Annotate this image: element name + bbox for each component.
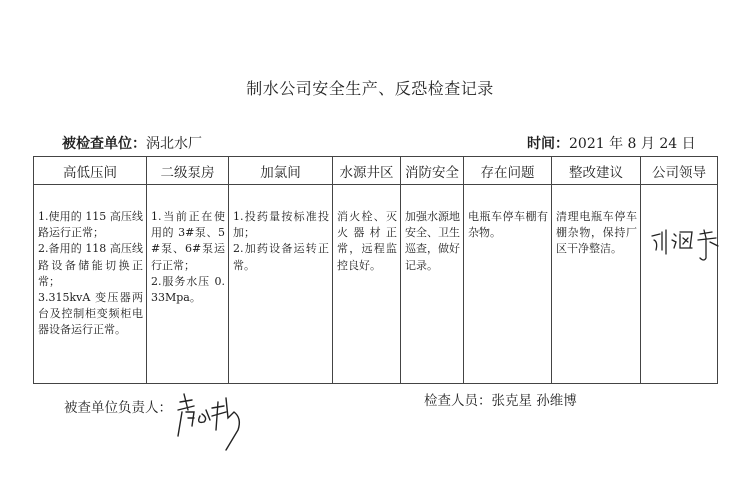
date-value: 2021 年 8 月 24 日 [569,136,696,152]
header-leader: 公司领导 [641,157,718,185]
leader-signature-icon [648,228,728,268]
cell-well-area: 消火栓、灭火器材正常，远程监控良好。 [333,185,401,384]
responsible-label: 被查单位负责人： [64,400,172,416]
cell-secondary-pump: 1.当前正在使用的 3#泵、5#泵、6#泵运行正常； 2.服务水压 0.33Mp… [147,185,229,384]
cell-line: 清理电瓶车停车棚杂物，保持厂区干净整洁。 [556,209,637,258]
inspectors-label: 检查人员： [424,393,492,409]
cell-line: 加强水源地安全、卫生巡查，做好记录。 [405,209,460,274]
cell-line: 2.服务水压 0.33Mpa。 [151,274,225,306]
cell-line: 1.当前正在使用的 3#泵、5#泵、6#泵运行正常； [151,209,225,274]
cell-line: 1.使用的 115 高压线路运行正常； [38,209,143,241]
cell-line: 消火栓、灭火器材正常，远程监控良好。 [337,209,397,274]
document-title: 制水公司安全生产、反恐检查记录 [0,76,740,99]
cell-line: 2.加药设备运转正常。 [233,241,329,273]
header-fire-safety: 消防安全 [401,157,464,185]
header-secondary-pump: 二级泵房 [147,157,229,185]
header-suggestions: 整改建议 [552,157,641,185]
cell-leader-signature [641,185,718,384]
cell-line: 电瓶车停车棚有杂物。 [468,209,548,241]
cell-chlorination: 1.投药量按标准投加； 2.加药设备运转正常。 [229,185,333,384]
inspection-date: 时间：2021 年 8 月 24 日 [527,133,696,153]
cell-fire-safety: 加强水源地安全、卫生巡查，做好记录。 [401,185,464,384]
cell-line: 3.315kvA 变压器两台及控制柜变频柜电器设备运行正常。 [38,290,143,339]
header-chlorination: 加氯间 [229,157,333,185]
table-row: 1.使用的 115 高压线路运行正常； 2.备用的 118 高压线路设备储能切换… [34,185,718,384]
header-issues: 存在问题 [464,157,552,185]
header-high-low-voltage: 高低压间 [34,157,147,185]
inspection-table: 高低压间 二级泵房 加氯间 水源井区 消防安全 存在问题 整改建议 公司领导 1… [33,156,718,384]
cell-high-low-voltage: 1.使用的 115 高压线路运行正常； 2.备用的 118 高压线路设备储能切换… [34,185,147,384]
inspected-unit: 被检查单位：涡北水厂 [62,133,202,153]
header-well-area: 水源井区 [333,157,401,185]
cell-line: 2.备用的 118 高压线路设备储能切换正常； [38,241,143,290]
inspectors-value: 张克星 孙维博 [492,393,577,409]
responsible-person: 被查单位负责人： [64,396,172,416]
inspected-unit-label: 被检查单位： [62,136,146,152]
cell-issues: 电瓶车停车棚有杂物。 [464,185,552,384]
cell-line: 1.投药量按标准投加； [233,209,329,241]
inspected-unit-value: 涡北水厂 [146,136,202,152]
responsible-signature-icon [170,390,250,460]
cell-suggestions: 清理电瓶车停车棚杂物，保持厂区干净整洁。 [552,185,641,384]
date-label: 时间： [527,136,569,152]
inspectors: 检查人员：张克星 孙维博 [424,389,577,409]
table-header-row: 高低压间 二级泵房 加氯间 水源井区 消防安全 存在问题 整改建议 公司领导 [34,157,718,185]
